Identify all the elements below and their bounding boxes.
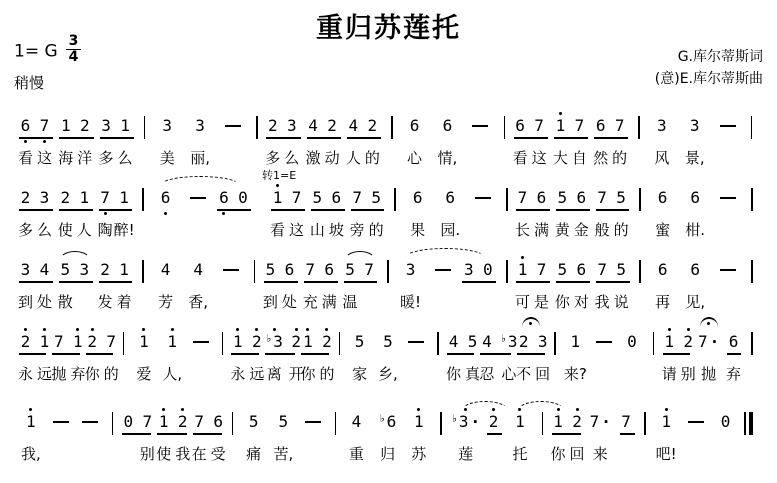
- beam-group: 1可7是: [513, 256, 553, 314]
- note: 6金: [572, 184, 591, 242]
- note-digit: 3: [97, 116, 116, 136]
- note: 6满: [532, 184, 551, 242]
- note-digit: 7: [287, 188, 306, 208]
- beam-line: [217, 209, 251, 211]
- lyric: 满: [322, 291, 337, 312]
- barline: [384, 112, 398, 170]
- note-digit: 3: [459, 260, 478, 280]
- barline: [116, 328, 130, 386]
- barline: [744, 184, 758, 242]
- duration-dash: [711, 184, 744, 242]
- note: 6坡: [327, 184, 346, 242]
- note-digit: 2: [56, 188, 75, 208]
- lyric: 爱: [136, 363, 151, 384]
- beam-line: [157, 433, 186, 435]
- lyric: 永: [230, 363, 245, 384]
- note-digit: 6: [724, 332, 743, 352]
- lyric: 抛: [701, 363, 716, 384]
- note: 4香,: [182, 256, 215, 314]
- barline: [631, 112, 645, 170]
- beam-group: 2多3么: [263, 112, 303, 170]
- note-digit: 2: [263, 116, 282, 136]
- note: 1你: [549, 408, 568, 466]
- barline-stroke: [142, 260, 144, 283]
- octave-dot-above: [43, 328, 46, 331]
- note: 5散: [56, 256, 75, 314]
- beam-group: 7旁5的: [348, 184, 388, 242]
- beam-group: 6弃: [724, 328, 744, 386]
- beam-line: [347, 137, 381, 139]
- note: 6然: [591, 112, 610, 170]
- octave-dot-above: [559, 112, 562, 115]
- beam-line: [301, 353, 328, 355]
- beam-group: 6看7这: [511, 112, 551, 170]
- note: 4你: [444, 328, 463, 386]
- barline: [387, 184, 401, 242]
- duration-dash: [186, 328, 214, 386]
- notation-area: 6看7这1海2洋3多1么3美3丽,2多3么4激2动4人2的6心6情,6看7这1大…: [0, 112, 777, 466]
- note: 5痛: [239, 408, 269, 466]
- beam-line: [264, 281, 298, 283]
- octave-dot-above: [181, 408, 184, 411]
- lyric: 看: [270, 219, 285, 240]
- note-digit: 6: [327, 188, 346, 208]
- lyric: 见,: [685, 291, 705, 312]
- note: 7的: [610, 112, 629, 170]
- barline-stroke: [638, 116, 640, 139]
- note: 4处: [35, 256, 54, 314]
- note-digit: 1: [549, 412, 568, 432]
- lyric: 可: [515, 291, 530, 312]
- lyric: 你: [551, 443, 566, 464]
- beam-line: [100, 137, 134, 139]
- note-digit: 7: [530, 116, 549, 136]
- note-digit: ♭3: [262, 332, 287, 354]
- lyric: 痛: [246, 443, 261, 464]
- note-digit: 4: [477, 332, 496, 352]
- note-digit: 3: [678, 116, 711, 136]
- note-digit: 1: [56, 116, 75, 136]
- beam-group: 4人2的: [344, 112, 384, 170]
- beam-group: 2不3回: [514, 328, 547, 386]
- music-line-5: 1我,07别1使2我7在6受5痛5苦,4重♭6归1苏♭3·莲21托1你2回7·来…: [16, 408, 758, 466]
- lyric: 来: [593, 443, 608, 464]
- beam-group: 7抛1弃: [49, 328, 82, 386]
- duration-dash: [712, 256, 745, 314]
- lyric: 多: [265, 147, 280, 168]
- music-line-1: 6看7这1海2洋3多1么3美3丽,2多3么4激2动4人2的6心6情,6看7这1大…: [16, 112, 758, 170]
- note-digit: 6: [679, 260, 712, 280]
- note: 6果: [401, 184, 434, 242]
- note-digit: 3: [282, 116, 301, 136]
- lyric: 看: [18, 147, 33, 168]
- beam-line: [556, 209, 590, 211]
- barline: [548, 328, 562, 386]
- lyric: 弃: [726, 363, 741, 384]
- lyric: 不: [516, 363, 531, 384]
- note-digit: 1: [116, 116, 135, 136]
- beam-line: [311, 209, 345, 211]
- note: 5的: [367, 184, 386, 242]
- note: 6蜜: [646, 184, 679, 242]
- barline-stroke: [339, 332, 341, 355]
- octave-dot-above: [521, 256, 524, 259]
- barline: [633, 256, 647, 314]
- note: 7是: [532, 256, 551, 314]
- lyric: 来?: [564, 363, 587, 384]
- note-digit: 7: [617, 412, 636, 432]
- note-digit: 1: [551, 116, 570, 136]
- lyric: 坡: [329, 219, 344, 240]
- note: 7我: [593, 256, 612, 314]
- note: 1永: [228, 328, 247, 386]
- lyric: 莲: [458, 443, 473, 464]
- octave-dot-above: [492, 408, 495, 411]
- lyric: 散: [58, 291, 73, 312]
- lyric: 香,: [188, 291, 208, 312]
- note-digit: 4: [342, 412, 372, 432]
- note-digit: 6: [16, 116, 35, 136]
- duration-dash: [46, 408, 76, 466]
- note-digit: 6: [572, 260, 591, 280]
- note: 6: [149, 184, 182, 242]
- beam-line: [19, 137, 53, 139]
- lyric: 海: [58, 147, 73, 168]
- augmentation-dot: ·: [601, 412, 611, 431]
- note-digit: 7: [532, 260, 551, 280]
- note-digit: 3: [75, 260, 94, 280]
- barline-stroke: [232, 412, 234, 435]
- lyric: 动: [325, 147, 340, 168]
- lyric: 这: [289, 219, 304, 240]
- note-digit: 3: [645, 116, 678, 136]
- rest: 0: [233, 184, 252, 242]
- note: 6心: [398, 112, 431, 170]
- note-digit: 1: [158, 332, 186, 352]
- beam-group: 60: [214, 184, 254, 242]
- octave-dot-above: [24, 328, 27, 331]
- beam-group: 6然7的: [591, 112, 631, 170]
- lyric: 么: [37, 219, 52, 240]
- octave-dot-above: [91, 328, 94, 331]
- duration-dash: [182, 184, 215, 242]
- lyric: 长: [515, 219, 530, 240]
- barline: [225, 408, 239, 466]
- dash-mark: [596, 341, 612, 343]
- note: 2发: [96, 256, 115, 314]
- lyric: 再: [655, 291, 670, 312]
- note-digit: 6: [572, 188, 591, 208]
- note-digit: 3: [35, 188, 54, 208]
- note-digit: 5: [553, 188, 572, 208]
- note-digit: 2: [75, 116, 94, 136]
- beam-group: 1永2远: [228, 328, 261, 386]
- beam-group: 5散3: [56, 256, 96, 314]
- augmentation-dot: ·: [471, 412, 481, 431]
- beam-group: 7般5的: [593, 184, 633, 242]
- beam-group: 2你7的: [83, 328, 116, 386]
- dash-mark: [720, 197, 736, 199]
- note: 1使: [154, 408, 173, 466]
- note: 7旁: [348, 184, 367, 242]
- note: 1吧!: [651, 408, 681, 466]
- lyric: 然: [593, 147, 608, 168]
- barline-stroke: [639, 260, 641, 283]
- note: 7: [360, 256, 379, 314]
- note: 2动: [323, 112, 342, 170]
- note-digit: 7: [610, 116, 629, 136]
- beam-line: [596, 209, 630, 211]
- modulation-label: 转1=E: [262, 167, 296, 183]
- note-digit: 1: [561, 332, 589, 352]
- note: 1大: [551, 112, 570, 170]
- note: 1醉!: [115, 184, 134, 242]
- beam-line: [344, 281, 378, 283]
- barline-stroke: [335, 412, 337, 435]
- final-barline: [740, 408, 758, 466]
- sheet-music-page: 重归苏莲托 1= G34 稍慢 G.库尔蒂斯词 (意)E.库尔蒂斯曲 6看7这1…: [0, 0, 777, 483]
- note: 4激: [304, 112, 323, 170]
- lyric: 洋: [77, 147, 92, 168]
- note: ♭3·莲: [447, 408, 484, 466]
- beam-line: [59, 209, 93, 211]
- beam-line: [554, 137, 588, 139]
- octave-dot-above: [29, 408, 32, 411]
- lyric: 金: [574, 219, 589, 240]
- beam-group: 2发1着: [96, 256, 136, 314]
- beam-line: [304, 281, 338, 283]
- barline-stroke: [144, 116, 146, 139]
- beam-line: [193, 433, 222, 435]
- barline-stroke: [254, 260, 256, 283]
- beam-line: [99, 281, 133, 283]
- dash-mark: [225, 125, 241, 127]
- barline: [434, 408, 448, 466]
- octave-dot-above: [417, 408, 420, 411]
- lyric: 的: [614, 219, 629, 240]
- note: 5温: [341, 256, 360, 314]
- note: 6见,: [679, 256, 712, 314]
- lyric: 你: [446, 363, 461, 384]
- rest-digit: 0: [478, 260, 497, 280]
- note-digit: 6: [214, 188, 233, 208]
- note-digit: 6: [646, 188, 679, 208]
- lyric: 大: [553, 147, 568, 168]
- octave-dot-above: [687, 328, 690, 331]
- lyric: 到: [18, 291, 33, 312]
- lyric: 人: [346, 147, 361, 168]
- beam-line: [596, 281, 630, 283]
- rest-digit: 0: [233, 188, 252, 208]
- note-digit: ♭3·: [447, 412, 484, 434]
- lyric: 自: [572, 147, 587, 168]
- lyric: 看: [513, 147, 528, 168]
- composer-credit: (意)E.库尔蒂斯曲: [655, 68, 763, 90]
- octave-dot-above: [273, 328, 276, 331]
- note-digit: 4: [444, 332, 463, 352]
- lyric: 充: [303, 291, 318, 312]
- note: 7这: [35, 112, 54, 170]
- music-line-4: 2永1远7抛1弃2你7的1爱1人,1永2远♭3离2开1你2的5家5乡,4你5真4…: [16, 328, 758, 386]
- dash-mark: [720, 125, 736, 127]
- lyric: 回: [570, 443, 585, 464]
- note: 7陶: [96, 184, 115, 242]
- duration-dash: [681, 408, 711, 466]
- note-digit: 1: [228, 332, 247, 352]
- note: 5家: [345, 328, 373, 386]
- note-digit: 6: [431, 116, 464, 136]
- note-digit: 4: [35, 260, 54, 280]
- octave-dot-above: [76, 328, 79, 331]
- note-digit: 5: [341, 260, 360, 280]
- barline-stroke: [394, 188, 396, 211]
- note-digit: 6: [149, 188, 182, 208]
- note: 2不: [514, 328, 533, 386]
- lyric: 着: [117, 291, 132, 312]
- note: 4芳: [149, 256, 182, 314]
- note: 5乡,: [374, 328, 402, 386]
- octave-dot-above: [276, 184, 279, 187]
- note-digit: 5: [308, 188, 327, 208]
- beam-line: [514, 137, 548, 139]
- beam-line: [86, 353, 113, 355]
- note: 2多: [16, 184, 35, 242]
- fermata-icon: [700, 317, 718, 327]
- lyric: 永: [18, 363, 33, 384]
- note: 2使: [56, 184, 75, 242]
- note: 1我,: [16, 408, 46, 466]
- note: 2多: [263, 112, 282, 170]
- note-digit: ♭6: [371, 412, 404, 434]
- dash-mark: [720, 269, 736, 271]
- lyric: 请: [662, 363, 677, 384]
- credits: G.库尔蒂斯词 (意)E.库尔蒂斯曲: [655, 46, 763, 90]
- dash-mark: [223, 269, 239, 271]
- note: 3景,: [678, 112, 711, 170]
- note: 6柑.: [679, 184, 712, 242]
- octave-dot-below: [24, 140, 27, 143]
- beam-line: [59, 281, 93, 283]
- note-digit: 6: [434, 188, 467, 208]
- lyric: 黄: [555, 219, 570, 240]
- note: 1托: [505, 408, 535, 466]
- lyric: 你: [300, 363, 315, 384]
- duration-dash: [467, 184, 500, 242]
- note: ♭3离: [262, 328, 287, 386]
- barline-stroke: [506, 260, 508, 283]
- lyric: 这: [532, 147, 547, 168]
- note: 1爱: [130, 328, 158, 386]
- dash-mark: [688, 421, 704, 423]
- note: 7这: [530, 112, 549, 170]
- note-digit: 4: [149, 260, 182, 280]
- note-digit: 5: [374, 332, 402, 352]
- octave-dot-below: [164, 212, 167, 215]
- note-digit: 7: [190, 412, 209, 432]
- lyric: 的: [369, 219, 384, 240]
- note: 7抛: [49, 328, 68, 386]
- barline-stroke: [542, 412, 544, 435]
- barline-stroke: [437, 332, 439, 355]
- octave-dot-below: [222, 212, 225, 215]
- barline-stroke: [504, 116, 506, 139]
- note: 3暖!: [394, 256, 427, 314]
- beam-group: 5到6处: [261, 256, 301, 314]
- beam-line: [552, 433, 581, 435]
- barline: [535, 408, 549, 466]
- note: 6看: [511, 112, 530, 170]
- lyric: 旁: [350, 219, 365, 240]
- barline: [430, 328, 444, 386]
- lyric: 人: [77, 219, 92, 240]
- beam-line: [480, 353, 511, 355]
- beam-line: [266, 137, 300, 139]
- beam-group: 1请2别: [660, 328, 693, 386]
- barline: [499, 184, 513, 242]
- lyric: 么: [284, 147, 299, 168]
- lyric: 我: [595, 291, 610, 312]
- note: 6看: [16, 112, 35, 170]
- duration-dash: [589, 328, 617, 386]
- note: 5黄: [553, 184, 572, 242]
- beam-group: 2使1人: [56, 184, 96, 242]
- note-digit: 1: [513, 260, 532, 280]
- barline: [744, 256, 758, 314]
- barline: [135, 184, 149, 242]
- page-title: 重归苏莲托: [0, 6, 777, 45]
- beam-group: 1大7自: [551, 112, 591, 170]
- beam-line: [594, 137, 628, 139]
- dash-mark: [475, 197, 491, 199]
- note-digit: 3: [394, 260, 427, 280]
- lyric: 处: [282, 291, 297, 312]
- beam-line: [19, 353, 46, 355]
- note-digit: 6: [398, 116, 431, 136]
- rest: 0: [711, 408, 741, 466]
- note: 3: [75, 256, 94, 314]
- beam-line: [516, 209, 550, 211]
- rest: 0: [618, 328, 646, 386]
- barline-stroke: [554, 332, 556, 355]
- lyric: 景,: [685, 147, 705, 168]
- note-digit: 2: [484, 412, 503, 432]
- note: 3么: [282, 112, 301, 170]
- barline-stroke: [440, 412, 442, 435]
- rest-digit: 0: [711, 412, 741, 432]
- octave-dot-above: [557, 408, 560, 411]
- lyric: 重: [349, 443, 364, 464]
- note: 1可: [513, 256, 532, 314]
- octave-dot-below: [104, 212, 107, 215]
- note-digit: 2: [83, 332, 102, 352]
- note-digit: 7: [360, 260, 379, 280]
- lyric: 园.: [440, 219, 460, 240]
- note: 1人,: [158, 328, 186, 386]
- header: 重归苏莲托 1= G34 稍慢 G.库尔蒂斯词 (意)E.库尔蒂斯曲: [0, 0, 777, 112]
- note-digit: 7: [301, 260, 320, 280]
- lyric: 你: [555, 291, 570, 312]
- note: 1请: [660, 328, 679, 386]
- lyric: 忍: [479, 363, 494, 384]
- augmentation-dot: ·: [710, 332, 720, 351]
- note: 7·来: [584, 408, 617, 466]
- barline: [632, 184, 646, 242]
- tempo-marking: 稍慢: [14, 72, 44, 93]
- note: 7·抛: [693, 328, 724, 386]
- beam-group: 7: [617, 408, 638, 466]
- lyric: 我,: [21, 443, 41, 464]
- lyric: 温: [343, 291, 358, 312]
